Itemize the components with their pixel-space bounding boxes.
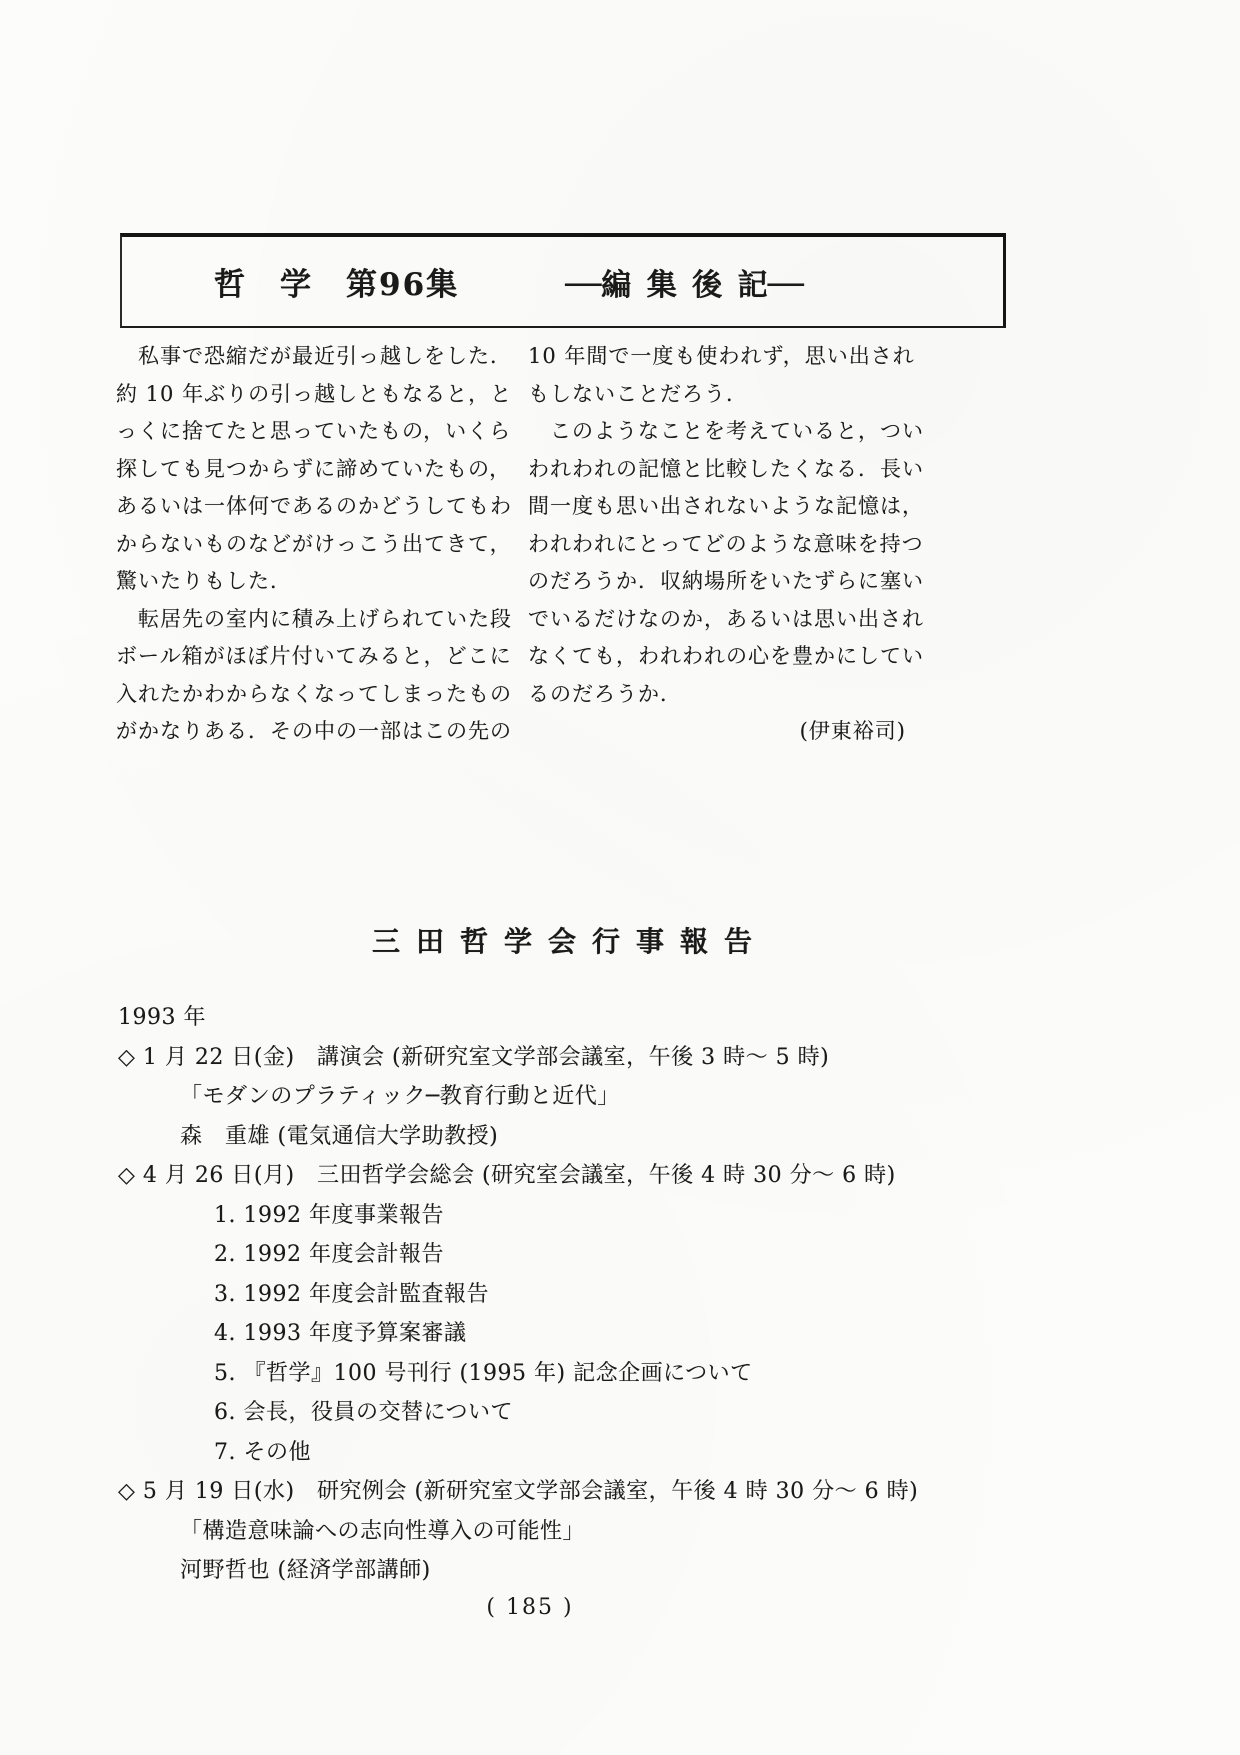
author-signature: (伊東裕司)	[528, 713, 942, 751]
event-line: 1. 1992 年度事業報告	[118, 1196, 1128, 1236]
essay-line: 探しても見つからずに諦めていたもの，	[116, 451, 524, 489]
essay-line: 間一度も思い出されないような記憶は，	[528, 488, 942, 526]
journal-title: 哲 学 第96集	[122, 259, 459, 304]
event-line: 「構造意味論への志向性導入の可能性」	[118, 1512, 1128, 1552]
postscript-title: ──編 集 後 記──	[565, 260, 804, 304]
essay-line: でいるだけなのか，あるいは思い出され	[528, 601, 942, 639]
essay-line: っくに捨てたと思っていたもの，いくら	[116, 413, 524, 451]
event-line: 「モダンのプラティック─教育行動と近代」	[118, 1077, 1128, 1117]
event-line: 5. 『哲学』100 号刊行 (1995 年) 記念企画について	[118, 1354, 1128, 1394]
scanned-journal-page: 哲 学 第96集 ──編 集 後 記── 私事で恐縮だが最近引っ越しをした．約 …	[0, 0, 1240, 1755]
essay-line: あるいは一体何であるのかどうしてもわ	[116, 488, 524, 526]
event-line: ◇ 5 月 19 日(水) 研究例会 (新研究室文学部会議室，午後 4 時 30…	[118, 1472, 1128, 1512]
event-line: ◇ 1 月 22 日(金) 講演会 (新研究室文学部会議室，午後 3 時～ 5 …	[118, 1038, 1128, 1078]
essay-line: 私事で恐縮だが最近引っ越しをした．	[116, 338, 524, 376]
event-line: 7. その他	[118, 1433, 1128, 1473]
essay-line: もしないことだろう．	[528, 376, 942, 414]
essay-left-column: 私事で恐縮だが最近引っ越しをした．約 10 年ぶりの引っ越しともなると，とっくに…	[116, 338, 524, 751]
essay-line: 約 10 年ぶりの引っ越しともなると，と	[116, 376, 524, 414]
event-line: 6. 会長，役員の交替について	[118, 1393, 1128, 1433]
essay-line: のだろうか．収納場所をいたずらに塞い	[528, 563, 942, 601]
essay-line: 10 年間で一度も使われず，思い出され	[528, 338, 942, 376]
essay-line: 転居先の室内に積み上げられていた段	[116, 601, 524, 639]
essay-line: からないものなどがけっこう出てきて，	[116, 526, 524, 564]
event-line: 河野哲也 (経済学部講師)	[118, 1551, 1128, 1591]
essay-line: るのだろうか．	[528, 676, 942, 714]
events-list: 1993 年◇ 1 月 22 日(金) 講演会 (新研究室文学部会議室，午後 3…	[118, 998, 1128, 1591]
essay-line: ボール箱がほぼ片付いてみると，どこに	[116, 638, 524, 676]
essay-right-lines: 10 年間で一度も使われず，思い出されもしないことだろう． このようなことを考え…	[528, 338, 942, 713]
essay-right-column: 10 年間で一度も使われず，思い出されもしないことだろう． このようなことを考え…	[528, 338, 942, 751]
events-section-heading: 三田哲学会行事報告	[140, 920, 1000, 960]
essay-line: 驚いたりもした．	[116, 563, 524, 601]
essay-line: われわれの記憶と比較したくなる．長い	[528, 451, 942, 489]
essay-line: 入れたかわからなくなってしまったもの	[116, 676, 524, 714]
event-line: 森 重雄 (電気通信大学助教授)	[118, 1117, 1128, 1157]
page-number: ( 185 )	[100, 1595, 960, 1620]
header-title-box: 哲 学 第96集 ──編 集 後 記──	[120, 233, 1006, 328]
event-line: ◇ 4 月 26 日(月) 三田哲学会総会 (研究室会議室，午後 4 時 30 …	[118, 1156, 1128, 1196]
essay-line: われわれにとってどのような意味を持つ	[528, 526, 942, 564]
essay-line: なくても，われわれの心を豊かにしてい	[528, 638, 942, 676]
essay-line: このようなことを考えていると，つい	[528, 413, 942, 451]
event-line: 4. 1993 年度予算案審議	[118, 1314, 1128, 1354]
event-line: 2. 1992 年度会計報告	[118, 1235, 1128, 1275]
essay-line: がかなりある．その中の一部はこの先の	[116, 713, 524, 751]
event-line: 1993 年	[118, 998, 1128, 1038]
event-line: 3. 1992 年度会計監査報告	[118, 1275, 1128, 1315]
